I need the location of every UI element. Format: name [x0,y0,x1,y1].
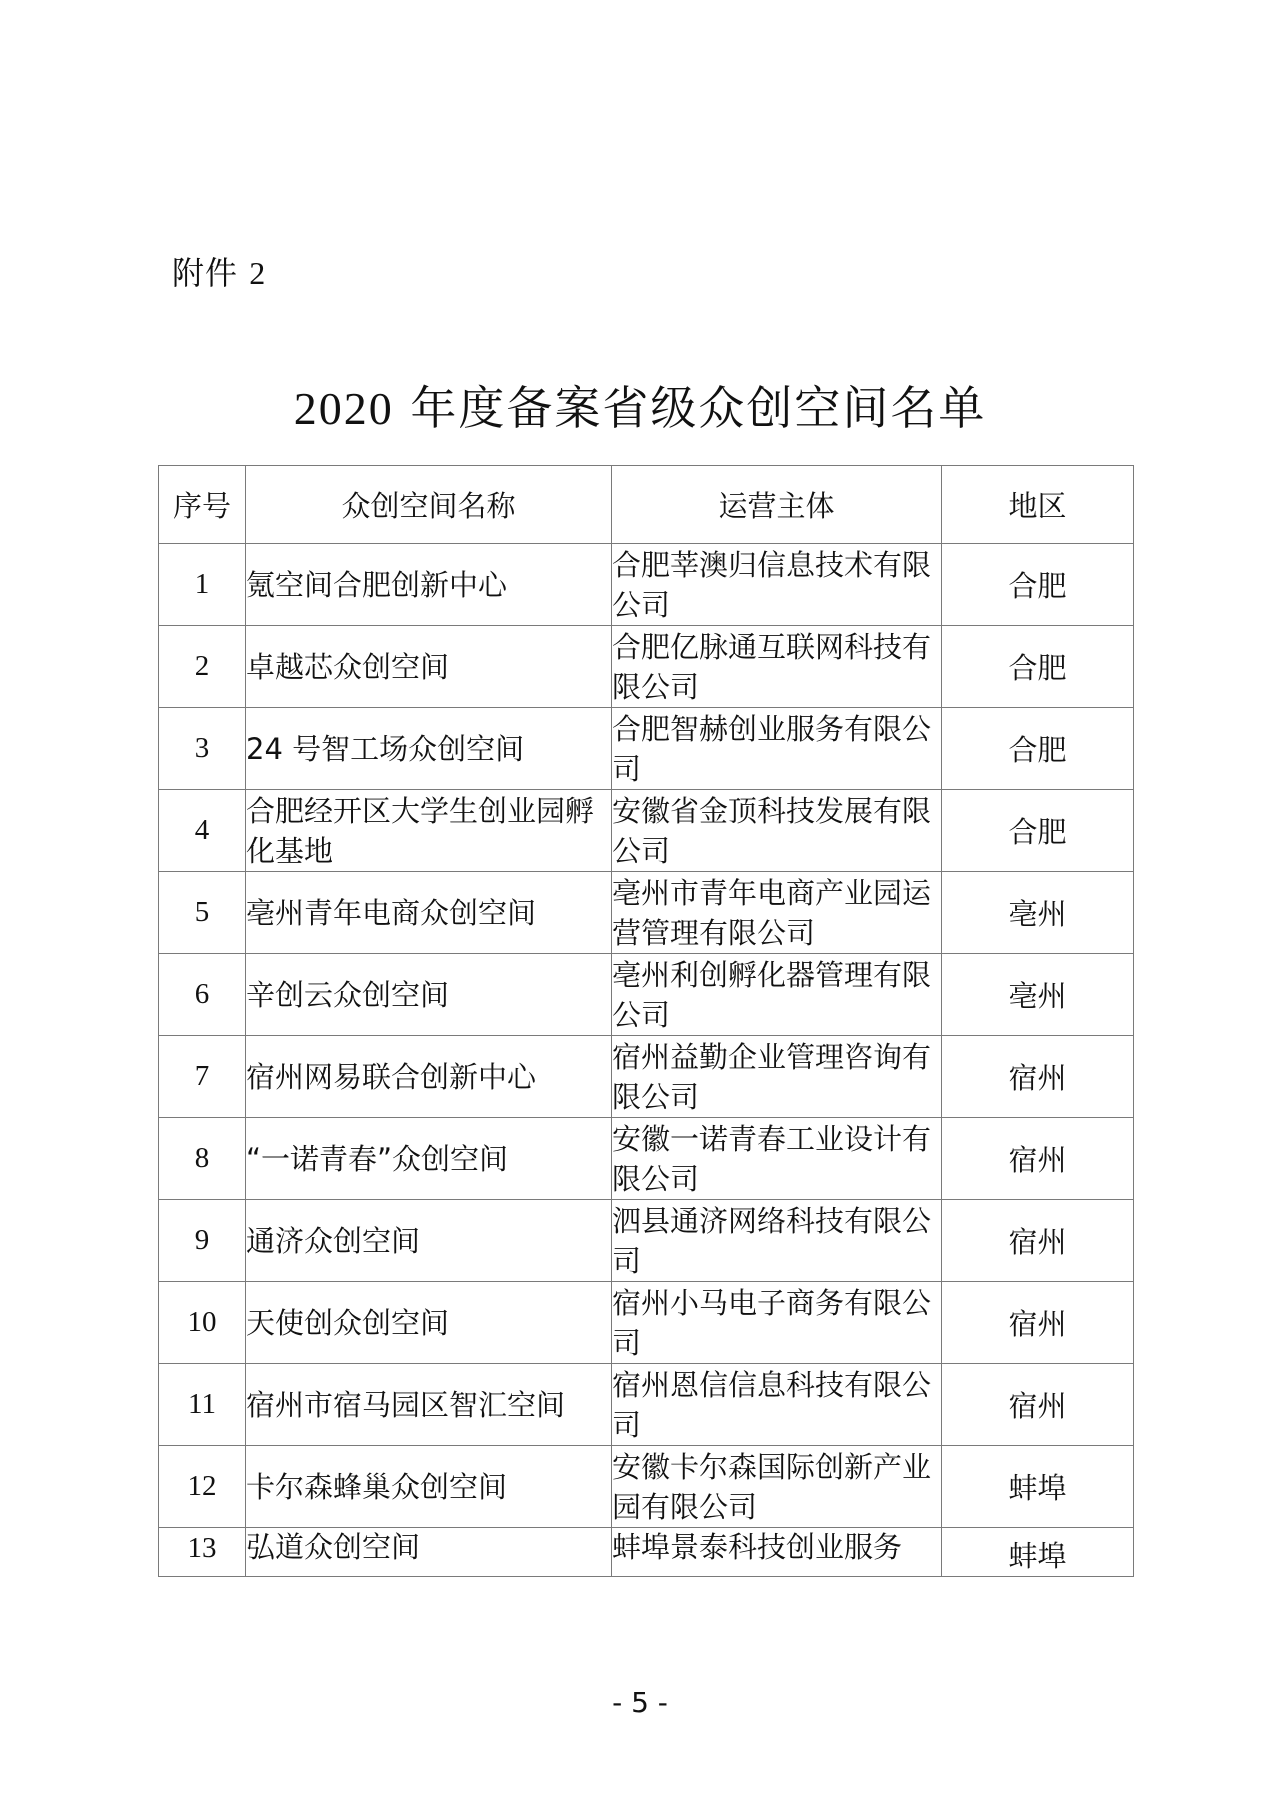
table-row: 1氪空间合肥创新中心合肥莘澳归信息技术有限公司合肥 [159,544,1134,626]
row-index: 1 [159,544,246,626]
row-name: 卡尔森蜂巢众创空间 [246,1446,612,1528]
title-year: 2020 [294,383,394,434]
table-header-row: 序号 众创空间名称 运营主体 地区 [159,466,1134,544]
row-name: 宿州网易联合创新中心 [246,1036,612,1118]
row-name: “一诺青春”众创空间 [246,1118,612,1200]
row-operator: 亳州市青年电商产业园运营管理有限公司 [612,872,942,954]
attachment-number: 2 [249,255,266,291]
row-name: 卓越芯众创空间 [246,626,612,708]
table-row: 10天使创众创空间宿州小马电子商务有限公司宿州 [159,1282,1134,1364]
row-region: 合肥 [942,626,1134,708]
row-name: 辛创云众创空间 [246,954,612,1036]
document-title: 2020 年度备案省级众创空间名单 [0,372,1280,438]
row-name: 24 号智工场众创空间 [246,708,612,790]
row-region: 蚌埠 [942,1528,1134,1577]
row-index: 13 [159,1528,246,1577]
row-operator: 泗县通济网络科技有限公司 [612,1200,942,1282]
row-name: 天使创众创空间 [246,1282,612,1364]
table-row: 9通济众创空间泗县通济网络科技有限公司宿州 [159,1200,1134,1282]
row-name: 氪空间合肥创新中心 [246,544,612,626]
row-index: 7 [159,1036,246,1118]
table-row: 8“一诺青春”众创空间安徽一诺青春工业设计有限公司宿州 [159,1118,1134,1200]
row-region: 合肥 [942,790,1134,872]
header-name: 众创空间名称 [246,466,612,544]
row-operator: 合肥智赫创业服务有限公司 [612,708,942,790]
row-operator: 合肥亿脉通互联网科技有限公司 [612,626,942,708]
row-name: 合肥经开区大学生创业园孵化基地 [246,790,612,872]
row-index: 12 [159,1446,246,1528]
row-operator: 亳州利创孵化器管理有限公司 [612,954,942,1036]
row-operator: 安徽省金顶科技发展有限公司 [612,790,942,872]
row-operator: 宿州恩信信息科技有限公司 [612,1364,942,1446]
table-row: 13弘道众创空间蚌埠景泰科技创业服务蚌埠 [159,1528,1134,1577]
row-name: 通济众创空间 [246,1200,612,1282]
row-index: 8 [159,1118,246,1200]
row-operator: 安徽卡尔森国际创新产业园有限公司 [612,1446,942,1528]
row-region: 合肥 [942,708,1134,790]
table-row: 7宿州网易联合创新中心宿州益勤企业管理咨询有限公司宿州 [159,1036,1134,1118]
row-index: 11 [159,1364,246,1446]
table-row: 4合肥经开区大学生创业园孵化基地安徽省金顶科技发展有限公司合肥 [159,790,1134,872]
row-region: 亳州 [942,872,1134,954]
row-index: 10 [159,1282,246,1364]
header-region: 地区 [942,466,1134,544]
row-operator: 宿州小马电子商务有限公司 [612,1282,942,1364]
table-row: 6辛创云众创空间亳州利创孵化器管理有限公司亳州 [159,954,1134,1036]
attachment-text: 附件 [172,254,238,292]
table-row: 2卓越芯众创空间合肥亿脉通互联网科技有限公司合肥 [159,626,1134,708]
row-region: 宿州 [942,1036,1134,1118]
row-index: 3 [159,708,246,790]
row-name: 亳州青年电商众创空间 [246,872,612,954]
title-text: 年度备案省级众创空间名单 [410,381,986,435]
page-number: - 5 - [0,1686,1280,1719]
maker-space-table: 序号 众创空间名称 运营主体 地区 1氪空间合肥创新中心合肥莘澳归信息技术有限公… [158,465,1134,1577]
row-region: 亳州 [942,954,1134,1036]
row-name: 弘道众创空间 [246,1528,612,1577]
row-operator: 宿州益勤企业管理咨询有限公司 [612,1036,942,1118]
row-region: 合肥 [942,544,1134,626]
attachment-label: 附件 2 [172,248,266,294]
row-index: 5 [159,872,246,954]
row-index: 9 [159,1200,246,1282]
row-operator: 蚌埠景泰科技创业服务 [612,1528,942,1577]
row-region: 宿州 [942,1282,1134,1364]
row-region: 宿州 [942,1200,1134,1282]
header-index: 序号 [159,466,246,544]
row-operator: 安徽一诺青春工业设计有限公司 [612,1118,942,1200]
table-row: 12卡尔森蜂巢众创空间安徽卡尔森国际创新产业园有限公司蚌埠 [159,1446,1134,1528]
row-index: 4 [159,790,246,872]
row-operator: 合肥莘澳归信息技术有限公司 [612,544,942,626]
row-index: 6 [159,954,246,1036]
row-name: 宿州市宿马园区智汇空间 [246,1364,612,1446]
header-operator: 运营主体 [612,466,942,544]
row-region: 蚌埠 [942,1446,1134,1528]
table-row: 11宿州市宿马园区智汇空间宿州恩信信息科技有限公司宿州 [159,1364,1134,1446]
table-row: 324 号智工场众创空间合肥智赫创业服务有限公司合肥 [159,708,1134,790]
row-region: 宿州 [942,1364,1134,1446]
table-row: 5亳州青年电商众创空间亳州市青年电商产业园运营管理有限公司亳州 [159,872,1134,954]
row-region: 宿州 [942,1118,1134,1200]
row-index: 2 [159,626,246,708]
